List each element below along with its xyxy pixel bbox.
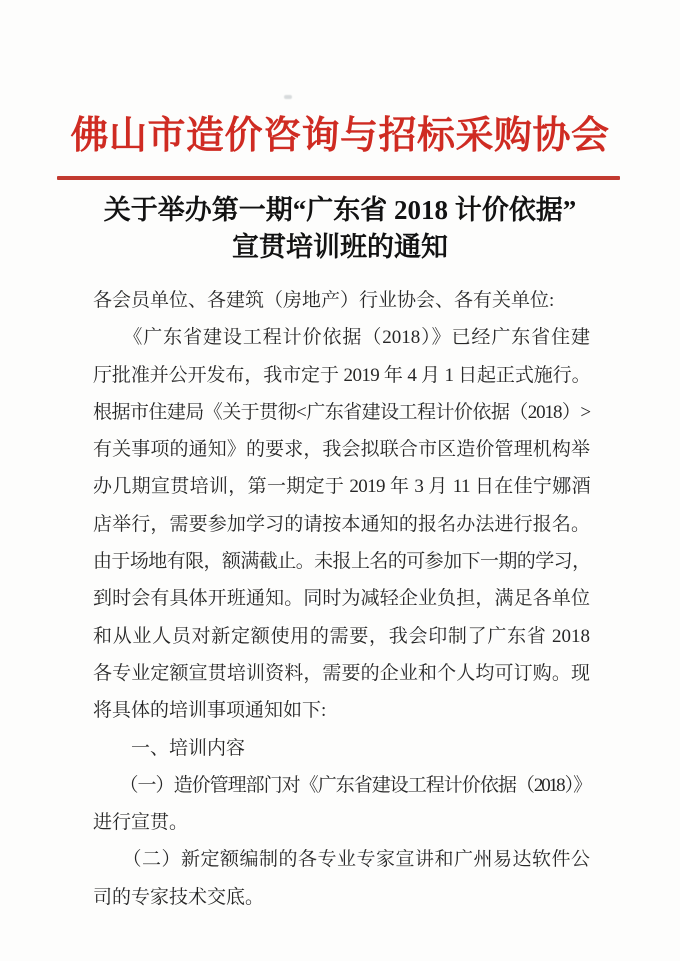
org-letterhead-title: 佛山市造价咨询与招标采购协会 [0, 104, 680, 159]
scanned-notice-page: 佛山市造价咨询与招标采购协会 关于举办第一期“广东省 2018 计价依据” 宣贯… [0, 0, 680, 961]
body-line: 将具体的培训事项通知如下: [93, 692, 590, 729]
body-line: 根据市住建局《关于贯彻<广东省建设工程计价依据（2018）> [93, 394, 590, 431]
body-line: 厅批准并公开发布，我市定于 2019 年 4 月 1 日起正式施行。 [93, 357, 590, 394]
body-line: 《广东省建设工程计价依据（2018）》已经广东省住建 [93, 319, 590, 356]
notice-title-line-2: 宣贯培训班的通知 [40, 229, 640, 266]
body-line: 和从业人员对新定额使用的需要，我会印制了广东省 2018 [93, 618, 590, 655]
body-line: 进行宣贯。 [93, 804, 590, 841]
body-line: 由于场地有限，额满截止。未报上名的可参加下一期的学习， [93, 543, 590, 580]
body-line-salutation: 各会员单位、各建筑（房地产）行业协会、各有关单位: [93, 282, 590, 319]
body-line: 店举行，需要参加学习的请按本通知的报名办法进行报名。 [93, 506, 590, 543]
scan-artifact [284, 95, 292, 99]
body-line-section-heading: 一、培训内容 [93, 730, 590, 767]
body-line: 司的专家技术交底。 [93, 879, 590, 916]
notice-title-line-1: 关于举办第一期“广东省 2018 计价依据” [40, 192, 640, 229]
body-line: 到时会有具体开班通知。同时为减轻企业负担，满足各单位 [93, 580, 590, 617]
body-line: （二）新定额编制的各专业专家宣讲和广州易达软件公 [93, 841, 590, 878]
body-line: （一）造价管理部门对《广东省建设工程计价依据（2018）》 [93, 767, 590, 804]
letterhead-divider-rule [57, 176, 620, 180]
body-line: 有关事项的通知》的要求，我会拟联合市区造价管理机构举 [93, 431, 590, 468]
body-line: 各专业定额宣贯培训资料，需要的企业和个人均可订购。现 [93, 655, 590, 692]
body-line: 办几期宣贯培训，第一期定于 2019 年 3 月 11 日在佳宁娜酒 [93, 468, 590, 505]
notice-body: 各会员单位、各建筑（房地产）行业协会、各有关单位: 《广东省建设工程计价依据（2… [93, 282, 590, 916]
notice-title: 关于举办第一期“广东省 2018 计价依据” 宣贯培训班的通知 [40, 192, 640, 266]
